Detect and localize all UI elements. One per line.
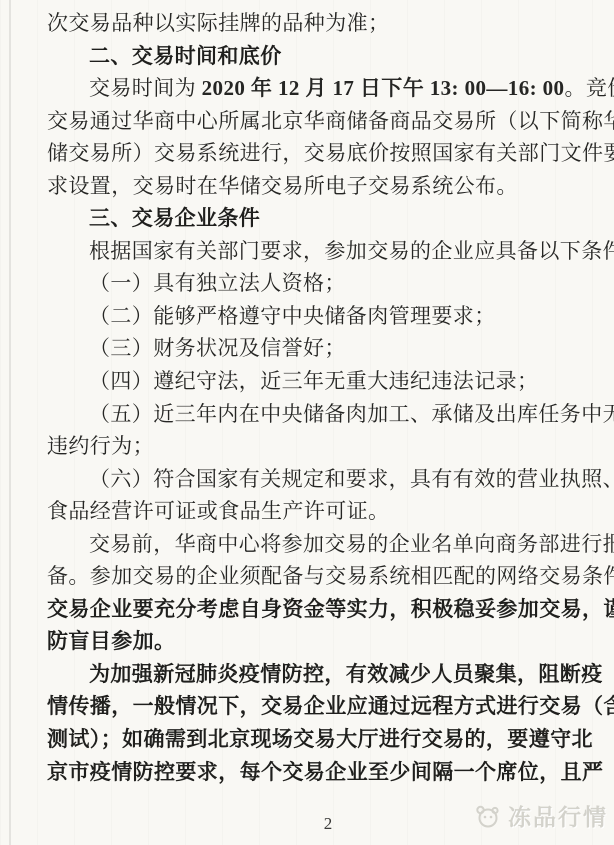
- doc-line-emphasis: 京市疫情防控要求，每个交易企业至少间隔一个席位，且严: [47, 756, 587, 789]
- doc-line: 根据国家有关部门要求，参加交易的企业应具备以下条件:: [47, 235, 587, 268]
- list-item: （二）能够严格遵守中央储备肉管理要求；: [47, 300, 587, 333]
- list-item: （六）符合国家有关规定和要求，具有有效的营业执照、: [47, 463, 587, 496]
- document-page: 次交易品种以实际挂牌的品种为准； 二、交易时间和底价 交易时间为 2020 年 …: [0, 0, 614, 845]
- panda-logo-icon: [472, 803, 502, 829]
- left-scan-line-artifact: [9, 0, 11, 845]
- doc-line: 交易通过华商中心所属北京华商储备商品交易所（以下简称华: [47, 105, 587, 138]
- doc-line-emphasis: 交易企业要充分考虑自身资金等实力，积极稳妥参加交易，谨: [47, 593, 587, 626]
- doc-line: 交易前，华商中心将参加交易的企业名单向商务部进行报: [47, 528, 587, 561]
- doc-line: 储交易所）交易系统进行，交易底价按照国家有关部门文件要: [47, 137, 587, 170]
- section-heading: 二、交易时间和底价: [47, 40, 587, 73]
- doc-line-emphasis: 为加强新冠肺炎疫情防控，有效减少人员聚集，阻断疫: [47, 658, 587, 691]
- doc-line: 食品经营许可证或食品生产许可证。: [47, 495, 587, 528]
- doc-line-emphasis: 防盲目参加。: [47, 625, 587, 658]
- doc-line: 违约行为；: [47, 430, 587, 463]
- doc-line: 交易时间为 2020 年 12 月 17 日下午 13: 00—16: 00。竞…: [47, 72, 587, 105]
- section-heading: 三、交易企业条件: [47, 202, 587, 235]
- text-segment: 交易时间为: [89, 76, 202, 100]
- text-segment: 。竞价: [564, 76, 614, 100]
- watermark: 冻品行情: [472, 799, 608, 832]
- list-item: （五）近三年内在中央储备肉加工、承储及出库任务中无: [47, 398, 587, 431]
- document-body: 次交易品种以实际挂牌的品种为准； 二、交易时间和底价 交易时间为 2020 年 …: [47, 7, 587, 788]
- list-item: （一）具有独立法人资格；: [47, 267, 587, 300]
- doc-line: 求设置，交易时在华储交易所电子交易系统公布。: [47, 170, 587, 203]
- text-segment-bold-date: 2020 年 12 月 17 日下午 13: 00—16: 00: [202, 76, 565, 100]
- watermark-text: 冻品行情: [508, 799, 608, 832]
- doc-line-emphasis: 测试）；如确需到北京现场交易大厅进行交易的，要遵守北: [47, 723, 587, 756]
- doc-line: 备。参加交易的企业须配备与交易系统相匹配的网络交易条件。: [47, 560, 587, 593]
- list-item: （三）财务状况及信誉好；: [47, 332, 587, 365]
- doc-line-emphasis: 情传播，一般情况下，交易企业应通过远程方式进行交易（含: [47, 690, 587, 723]
- doc-line: 次交易品种以实际挂牌的品种为准；: [47, 7, 587, 40]
- list-item: （四）遵纪守法，近三年无重大违纪违法记录；: [47, 365, 587, 398]
